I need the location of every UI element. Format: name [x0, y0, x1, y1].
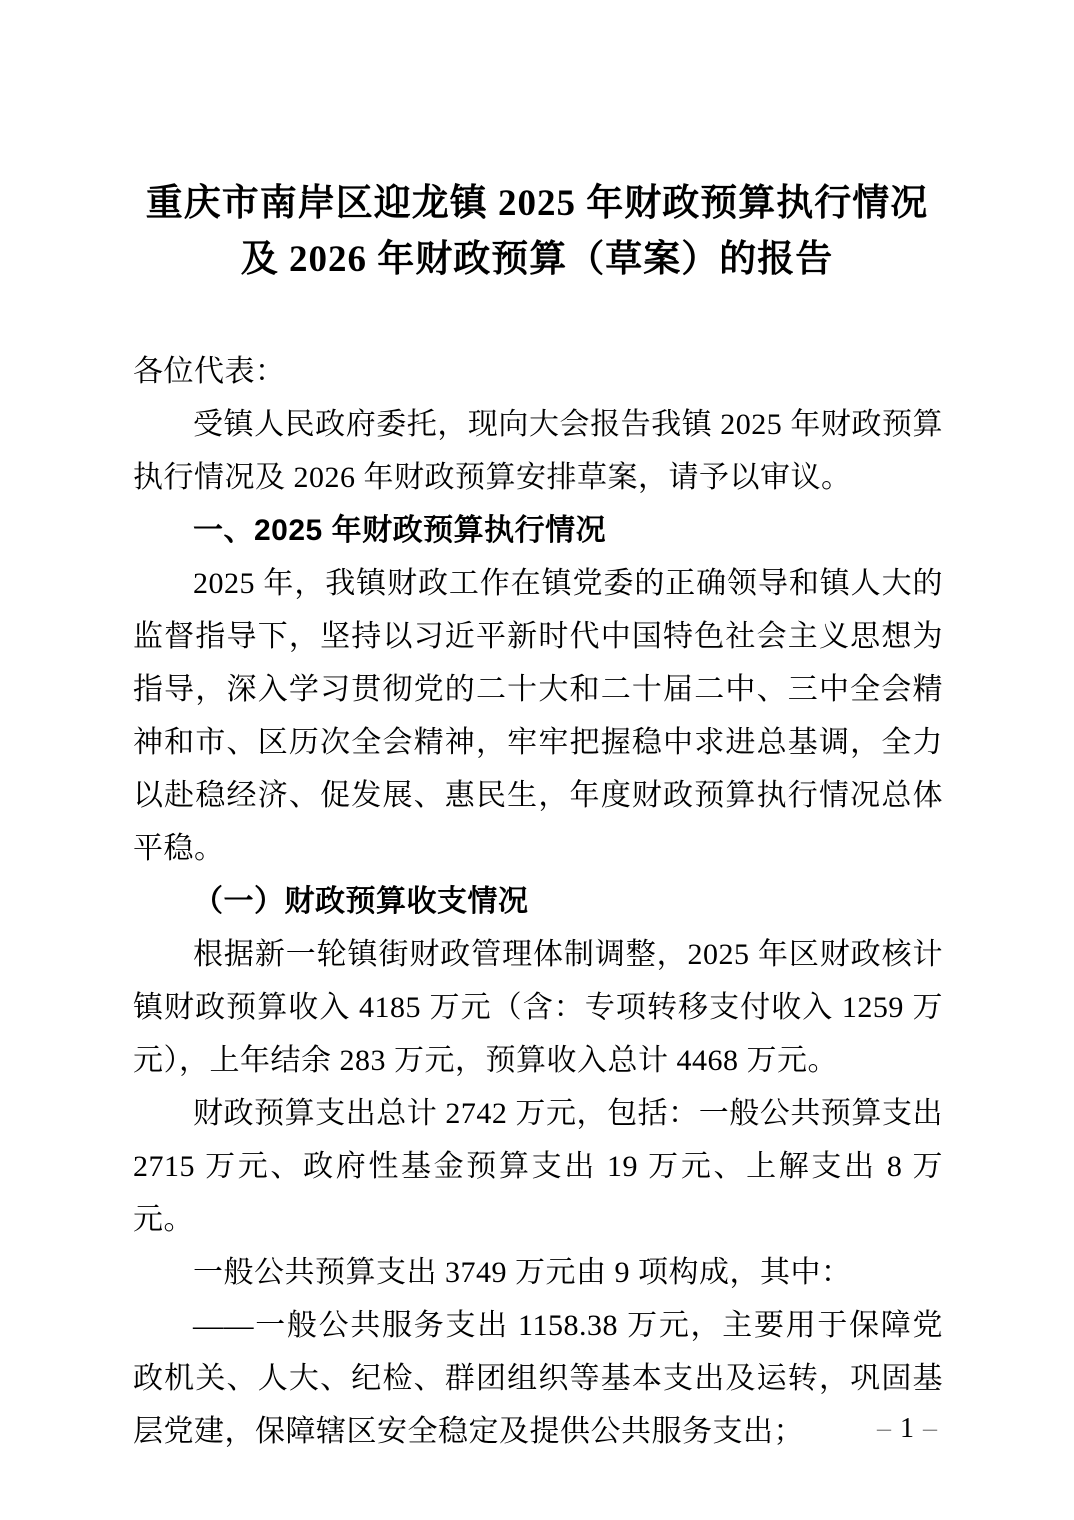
paragraph-intro: 受镇人民政府委托，现向大会报告我镇 2025 年财政预算执行情况及 2026 年…	[133, 398, 943, 504]
footer-dash-right: –	[914, 1413, 946, 1444]
document-title-line-2: 及 2026 年财政预算（草案）的报告	[60, 232, 1014, 288]
footer-dash-left: –	[868, 1413, 900, 1444]
document-title: 重庆市南岸区迎龙镇 2025 年财政预算执行情况 及 2026 年财政预算（草案…	[60, 176, 1014, 288]
heading-section-1: 一、2025 年财政预算执行情况	[133, 504, 943, 557]
paragraph-composition: 一般公共预算支出 3749 万元由 9 项构成，其中：	[133, 1246, 943, 1299]
page-footer: –1–	[868, 1412, 946, 1446]
paragraph-item-general-service: ——一般公共服务支出 1158.38 万元，主要用于保障党政机关、人大、纪检、群…	[133, 1299, 943, 1458]
heading-subsection-1-1: （一）财政预算收支情况	[133, 875, 943, 928]
document-page: 重庆市南岸区迎龙镇 2025 年财政预算执行情况 及 2026 年财政预算（草案…	[0, 0, 1074, 1520]
salutation: 各位代表：	[133, 345, 943, 398]
document-body: 各位代表： 受镇人民政府委托，现向大会报告我镇 2025 年财政预算执行情况及 …	[133, 345, 943, 1458]
paragraph-expenditure: 财政预算支出总计 2742 万元，包括：一般公共预算支出 2715 万元、政府性…	[133, 1087, 943, 1246]
paragraph-overview: 2025 年，我镇财政工作在镇党委的正确领导和镇人大的监督指导下，坚持以习近平新…	[133, 557, 943, 875]
page-number: 1	[900, 1413, 914, 1444]
paragraph-revenue: 根据新一轮镇街财政管理体制调整，2025 年区财政核计镇财政预算收入 4185 …	[133, 928, 943, 1087]
document-title-line-1: 重庆市南岸区迎龙镇 2025 年财政预算执行情况	[60, 176, 1014, 232]
